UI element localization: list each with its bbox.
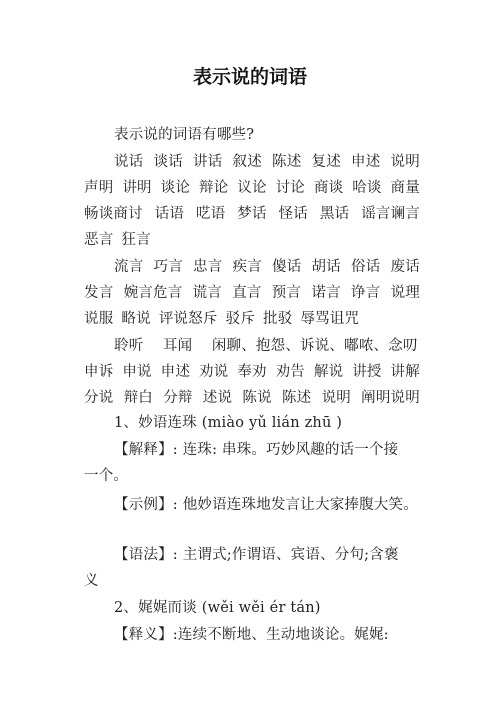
word: 说服	[84, 311, 113, 327]
word: 驳斥	[226, 311, 255, 327]
word: 傻话	[272, 257, 301, 277]
word: 婉言危言	[124, 283, 183, 303]
word: 讨论	[276, 178, 305, 198]
word: 陈说	[242, 388, 271, 408]
word: 批驳	[263, 311, 292, 327]
word: 说明	[391, 152, 420, 172]
idiom-1-grammar-cont: 义	[84, 571, 420, 591]
word: 辩论	[199, 178, 228, 198]
idiom-2-explanation: 【释义】:连续不断地、生动地谈论。娓娓:	[114, 625, 420, 645]
word: 讲解	[391, 362, 420, 382]
word: 畅谈商讨	[84, 204, 143, 224]
idiom-1-grammar: 【语法】: 主谓式;作谓语、宾语、分句;含褒	[114, 545, 420, 565]
p1-line-1: 说话谈话讲话叙述陈述复述申述说明	[114, 152, 420, 172]
word: 说理	[391, 283, 420, 303]
p1-line-4: 恶言狂言	[84, 230, 420, 250]
word: 忠言	[193, 257, 222, 277]
word: 梦话	[237, 204, 266, 224]
word: 怪话	[279, 204, 308, 224]
word: 劝说	[199, 362, 228, 382]
idiom-1-example: 【示例】: 他妙语连珠地发言让大家捧腹大笑。	[114, 495, 420, 515]
word: 陈述	[272, 152, 301, 172]
word: 说话	[114, 152, 143, 172]
word: 评说怒斥	[159, 311, 218, 327]
word: 说明	[322, 388, 351, 408]
document-page: 表示说的词语 表示说的词语有哪些? 说话谈话讲话叙述陈述复述申述说明 声明讲明谈…	[0, 0, 500, 707]
word: 述说	[203, 388, 232, 408]
word: 诺言	[311, 283, 340, 303]
word: 陈述	[282, 388, 311, 408]
word: 解说	[314, 362, 343, 382]
intro-question: 表示说的词语有哪些?	[114, 125, 420, 145]
word: 阐明说明	[361, 388, 420, 408]
word: 申述	[161, 362, 190, 382]
word: 分说	[84, 388, 113, 408]
idiom-1-heading: 1、妙语连珠 (miào yǔ lián zhū )	[114, 413, 420, 433]
word: 声明	[84, 178, 113, 198]
word: 谈论	[161, 178, 190, 198]
word: 直言	[232, 283, 261, 303]
idiom-2-heading: 2、娓娓而谈 (wěi wěi ér tán)	[114, 598, 420, 618]
word: 俗话	[351, 257, 380, 277]
p1-line-2: 声明讲明谈论辩论议论讨论商谈哈谈商量	[84, 178, 420, 198]
word: 奉劝	[237, 362, 266, 382]
word: 辱骂诅咒	[300, 311, 359, 327]
p1-line-3: 畅谈商讨话语呓语梦话怪话黑话谣言谰言	[84, 204, 420, 224]
word: 胡话	[312, 257, 341, 277]
p3-line-1: 聆听 耳闻 闲聊、抱怨、诉说、嘟哝、念叨	[114, 336, 420, 356]
word: 商量	[391, 178, 420, 198]
word: 分辩	[163, 388, 192, 408]
word: 叙述	[233, 152, 262, 172]
word: 讲授	[352, 362, 381, 382]
word: 疾言	[233, 257, 262, 277]
word: 谣言谰言	[361, 204, 420, 224]
idiom-1-explanation: 【解释】: 连珠: 串珠。巧妙风趣的话一个接	[114, 440, 420, 460]
word: 废话	[391, 257, 420, 277]
word: 流言	[114, 257, 143, 277]
idiom-1-explanation-cont: 一个。	[84, 466, 420, 486]
word: 呓语	[196, 204, 225, 224]
word: 巧言	[154, 257, 183, 277]
word: 商谈	[314, 178, 343, 198]
p2-line-2: 发言婉言危言谎言直言预言诺言诤言说理	[84, 283, 420, 303]
p2-line-3: 说服略说评说怒斥驳斥批驳辱骂诅咒	[84, 309, 420, 329]
word: 哈谈	[352, 178, 381, 198]
word: 略说	[121, 311, 150, 327]
word: 谎言	[193, 283, 222, 303]
word: 预言	[272, 283, 301, 303]
word: 诤言	[351, 283, 380, 303]
word: 申诉	[84, 362, 113, 382]
p2-line-1: 流言巧言忠言疾言傻话胡话俗话废话	[114, 257, 420, 277]
word: 狂言	[121, 232, 150, 248]
word: 恶言	[84, 232, 113, 248]
word: 申说	[122, 362, 151, 382]
word: 辩白	[124, 388, 153, 408]
p3-line-3: 分说辩白分辩述说陈说陈述说明阐明说明	[84, 388, 420, 408]
page-title: 表示说的词语	[0, 62, 500, 89]
p3-line-2: 申诉申说申述劝说奉劝劝告解说讲授讲解	[84, 362, 420, 382]
word: 申述	[351, 152, 380, 172]
word: 讲话	[193, 152, 222, 172]
word: 发言	[84, 283, 113, 303]
word: 议论	[237, 178, 266, 198]
word: 讲明	[122, 178, 151, 198]
word: 复述	[312, 152, 341, 172]
word: 话语	[155, 204, 184, 224]
word: 黑话	[320, 204, 349, 224]
word: 劝告	[276, 362, 305, 382]
word: 谈话	[154, 152, 183, 172]
